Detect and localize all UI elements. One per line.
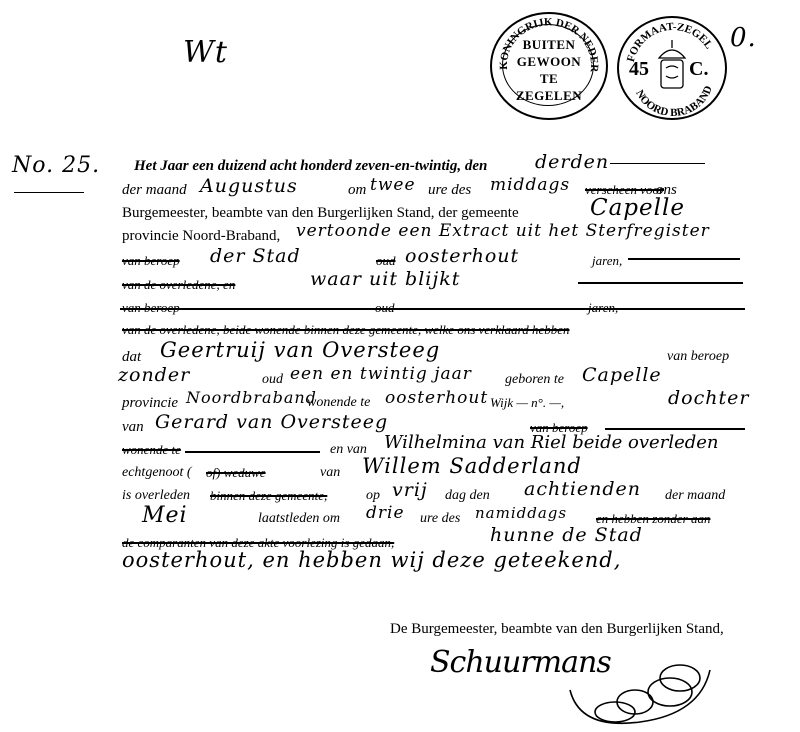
handwritten-closing: oosterhout, en hebben wij deze geteekend… — [122, 550, 621, 571]
handwritten-month: Mei — [142, 505, 188, 527]
spouse-name: Willem Sadderland — [362, 456, 582, 477]
father-name: Gerard van Oversteeg — [155, 413, 388, 432]
stamp-ring-top: FORMAAT-ZEGEL — [625, 21, 715, 64]
stamp-buiten-gewoon: KONINGRIJK DER NEDERLANDEN BUITEN GEWOON… — [490, 12, 608, 120]
printed-text: om — [348, 183, 366, 198]
printed-text: oud — [262, 373, 283, 387]
fill-line — [185, 451, 320, 453]
printed-text: op — [366, 489, 380, 503]
printed-text: echtgenoot ( — [122, 466, 192, 480]
handwritten-text: vertoonde een Extract uit het Sterfregis… — [296, 223, 710, 240]
signature-flourish-icon — [560, 650, 730, 730]
printed-text: Het Jaar een duizend acht honderd zeven-… — [134, 159, 487, 174]
struck-text: oud — [376, 254, 396, 267]
handwritten-hour: drie — [366, 505, 405, 522]
stamp-line: GEWOON — [492, 53, 606, 70]
fill-line — [605, 428, 745, 430]
strike-line — [120, 308, 745, 310]
signature-caption: De Burgemeester, beambte van den Burgerl… — [390, 622, 724, 637]
handwritten-profession: zonder — [118, 366, 190, 385]
fill-line — [578, 282, 743, 284]
printed-text: van — [320, 466, 340, 480]
printed-text: dag den — [445, 489, 490, 503]
handwritten-text: waar uit blijkt — [310, 270, 460, 289]
printed-text: wonende te — [307, 396, 370, 410]
svg-text:NOORD BRABAND: NOORD BRABAND — [633, 84, 715, 118]
handwritten-relation: dochter — [668, 389, 749, 408]
handwritten-daypart: namiddags — [475, 506, 567, 521]
printed-text: Wijk — n°. —, — [490, 396, 564, 409]
struck-text: van beroep — [122, 254, 180, 267]
struck-text: binnen deze gemeente, — [210, 489, 327, 502]
number-underline — [14, 192, 84, 193]
handwritten-text: oosterhout — [405, 247, 519, 266]
handwritten-weekday: vrij — [392, 481, 428, 500]
deceased-name: Geertruij van Oversteeg — [160, 340, 440, 361]
handwritten-residence: oosterhout — [385, 390, 488, 407]
struck-text: wonende te — [122, 443, 181, 456]
struck-text: of) weduwe — [206, 466, 266, 479]
printed-text: van — [122, 420, 144, 435]
printed-text: laatstleden om — [258, 512, 340, 526]
stamp-line: TE — [492, 70, 606, 87]
record-number: No. 25. — [12, 155, 100, 177]
fill-line — [628, 258, 740, 260]
struck-text: van de overledene, en — [122, 278, 235, 291]
printed-text: Burgemeester, beambte van den Burgerlijk… — [122, 206, 519, 221]
clerk-initials: Wt — [183, 38, 228, 68]
printed-text: ure des — [428, 183, 471, 198]
handwritten-birthplace: Capelle — [582, 366, 662, 385]
printed-text: is overleden — [122, 489, 190, 503]
handwritten-municipality: Capelle — [590, 197, 685, 220]
stamp-formaat-zegel: FORMAAT-ZEGEL NOORD BRABAND 45 C. — [617, 16, 727, 120]
printed-text: dat — [122, 350, 141, 365]
crown-shield-icon — [659, 40, 685, 88]
printed-text: provincie — [122, 396, 178, 411]
stamp-line: ZEGELEN — [492, 87, 606, 104]
struck-text: van de overledene, beide wonende binnen … — [122, 323, 569, 336]
printed-text: der maand — [122, 183, 187, 198]
handwritten-date: derden — [535, 153, 609, 172]
handwritten-hour: twee — [370, 177, 416, 194]
mother-name: Wilhelmina van Riel beide overleden — [384, 434, 719, 452]
handwritten-age: een en twintig jaar — [290, 366, 472, 383]
stamp-unit: C. — [689, 58, 708, 81]
stamp-line: BUITEN — [492, 36, 606, 53]
printed-text: jaren, — [592, 254, 622, 267]
handwritten-province: Noordbraband — [186, 390, 317, 406]
corner-mark: 0. — [730, 25, 757, 51]
printed-text: geboren te — [505, 373, 564, 387]
printed-text: ure des — [420, 512, 460, 526]
handwritten-text: hunne de Stad — [490, 526, 643, 545]
printed-text: van beroep — [667, 350, 729, 364]
printed-text: provincie Noord-Braband, — [122, 229, 280, 244]
fill-line — [610, 163, 705, 164]
handwritten-day: achtienden — [524, 480, 641, 499]
stamp-value: 45 — [629, 58, 649, 81]
handwritten-month: Augustus — [200, 177, 298, 196]
printed-text: der maand — [665, 489, 725, 503]
handwritten-text: der Stad — [210, 247, 301, 266]
svg-text:FORMAAT-ZEGEL: FORMAAT-ZEGEL — [625, 21, 715, 64]
handwritten-daypart: middags — [490, 177, 570, 194]
stamp-ring-bottom: NOORD BRABAND — [633, 84, 715, 118]
